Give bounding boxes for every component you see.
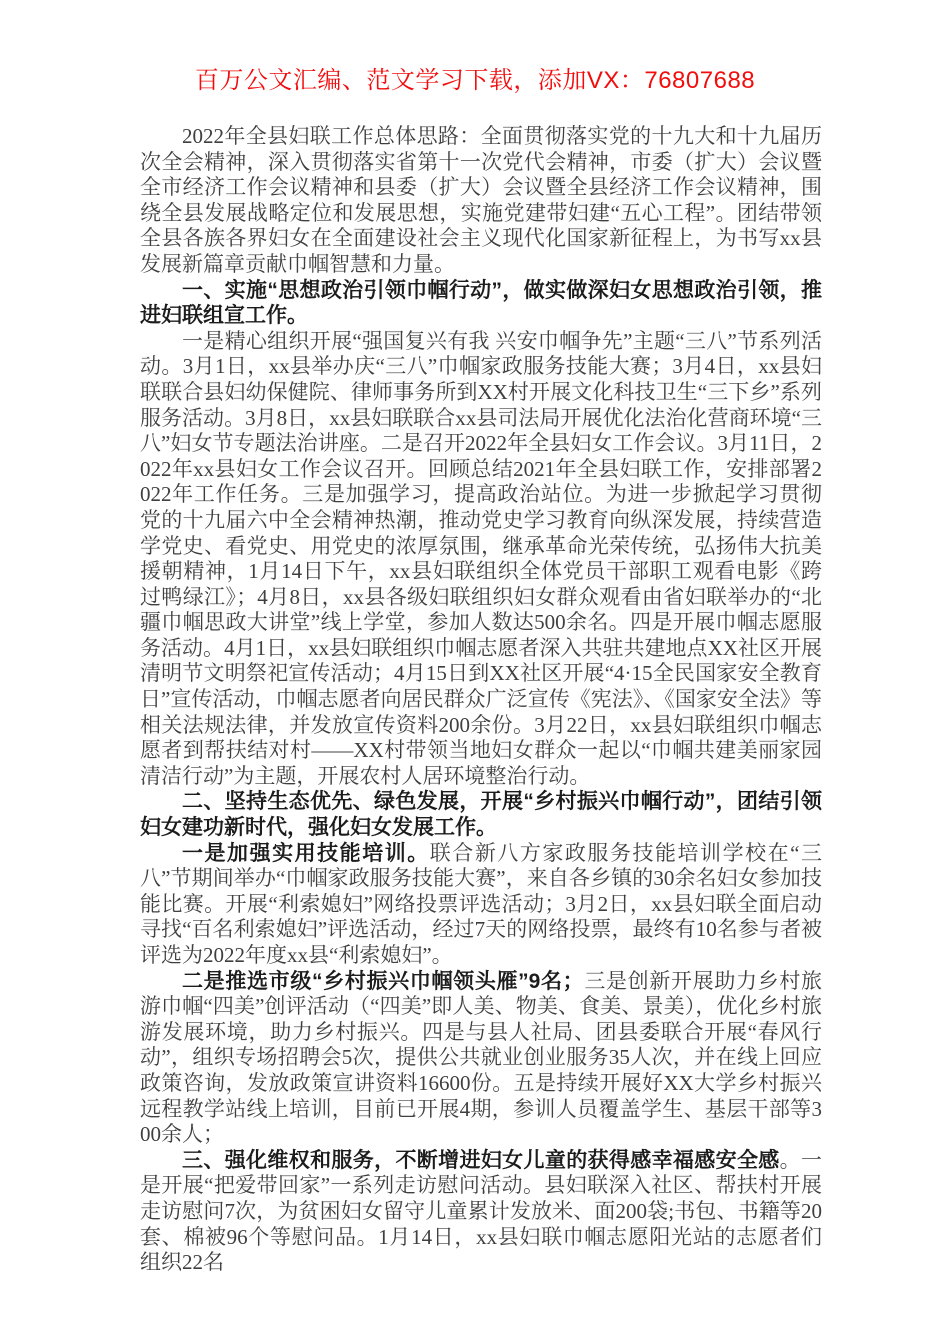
paragraph: 三、强化维权和服务，不断增进妇女儿童的获得感幸福感安全感。一是开展“把爱带回家”… <box>140 1148 822 1276</box>
paragraph: 一是加强实用技能培训。联合新八方家政服务技能培训学校在“三八”节期间举办“巾帼家… <box>140 841 822 969</box>
ad-banner-text: 百万公文汇编、范文学习下载，添加VX：76807688 <box>0 60 950 95</box>
document-page: 百万公文汇编、范文学习下载，添加VX：76807688 2022年全县妇联工作总… <box>0 0 950 1344</box>
paragraph: 二、坚持生态优先、绿色发展，开展“乡村振兴巾帼行动”，团结引领妇女建功新时代，强… <box>140 789 822 840</box>
paragraph: 二是推选市级“乡村振兴巾帼领头雁”9名；三是创新开展助力乡村旅游巾帼“四美”创评… <box>140 969 822 1148</box>
paragraph: 2022年全县妇联工作总体思路：全面贯彻落实党的十九大和十九届历次全会精神，深入… <box>140 124 822 278</box>
bold-text-segment: 二是推选市级“乡村振兴巾帼领头雁”9名； <box>182 970 584 993</box>
document-body: 2022年全县妇联工作总体思路：全面贯彻落实党的十九大和十九届历次全会精神，深入… <box>140 124 822 1276</box>
text-segment: 2022年全县妇联工作总体思路：全面贯彻落实党的十九大和十九届历次全会精神，深入… <box>140 124 822 276</box>
text-segment: 一是精心组织开展“强国复兴有我 兴安巾帼争先”主题“三八”节系列活动。3月1日，… <box>140 329 822 788</box>
paragraph: 一、实施“思想政治引领巾帼行动”，做实做深妇女思想政治引领，推进妇联组宣工作。 <box>140 278 822 329</box>
bold-text-segment: 一是加强实用技能培训。 <box>182 842 430 865</box>
text-segment: 三是创新开展助力乡村旅游巾帼“四美”创评活动（“四美”即人美、物美、食美、景美）… <box>140 969 822 1147</box>
bold-text-segment: 二、坚持生态优先、绿色发展，开展“乡村振兴巾帼行动”，团结引领妇女建功新时代，强… <box>140 790 822 839</box>
paragraph: 一是精心组织开展“强国复兴有我 兴安巾帼争先”主题“三八”节系列活动。3月1日，… <box>140 329 822 790</box>
bold-text-segment: 一、实施“思想政治引领巾帼行动”，做实做深妇女思想政治引领，推进妇联组宣工作。 <box>140 279 822 328</box>
bold-text-segment: 三、强化维权和服务，不断增进妇女儿童的获得感幸福感安全感 <box>182 1149 780 1172</box>
